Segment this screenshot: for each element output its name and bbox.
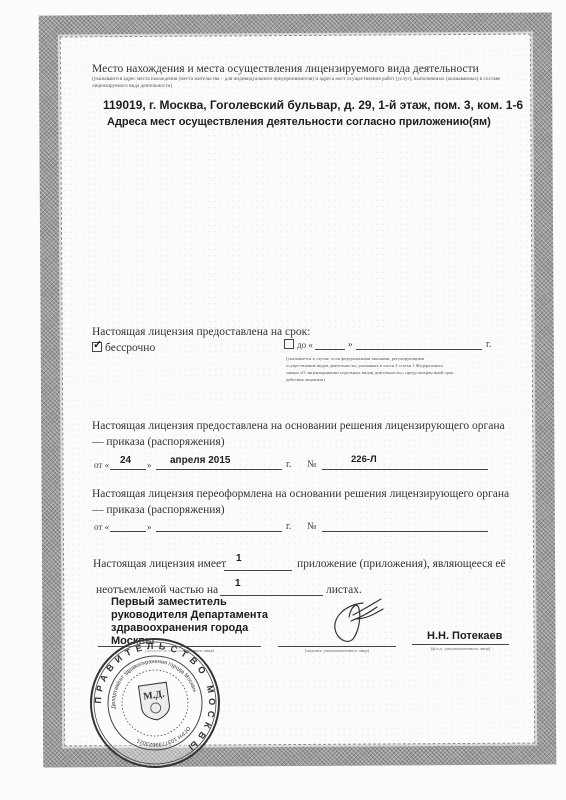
granted-number-line [322, 469, 488, 470]
appendix-count: 1 [236, 553, 242, 564]
appendix-sheets: 1 [235, 578, 241, 589]
reissued-number-field[interactable] [322, 531, 488, 532]
appendix-text-after: приложение (приложения), являющееся её [297, 558, 506, 570]
reissued-text: Настоящая лицензия переоформлена на осно… [92, 486, 512, 518]
granted-month-year: апреля 2015 [170, 455, 230, 466]
reissued-day-field[interactable] [110, 531, 146, 532]
term-indefinite-option[interactable]: бессрочно [92, 342, 155, 354]
indefinite-checkbox[interactable] [92, 342, 102, 352]
granted-quote: » [147, 460, 152, 470]
location-heading-text: Место нахождения и места осуществления л… [92, 63, 479, 75]
granted-day-line [110, 469, 146, 470]
until-checkbox[interactable] [284, 339, 294, 349]
until-day-field[interactable] [315, 349, 345, 350]
position-line: здравоохранения города [111, 622, 268, 635]
reissued-from-label: от « [94, 522, 109, 532]
granted-text: Настоящая лицензия предоставлена на осно… [92, 418, 512, 450]
official-stamp: ПРАВИТЕЛЬСТВО МОСКВЫ Департамент здравоо… [88, 636, 222, 770]
signatory-name: Н.Н. Потекаев [427, 630, 502, 642]
granted-from-label: от « [94, 460, 109, 470]
position-line: руководителя Департамента [111, 609, 268, 622]
granted-number-label: № [307, 459, 317, 470]
until-label: до « [297, 340, 313, 350]
reissued-text-line2: — приказа (распоряжения) [92, 502, 512, 518]
name-caption: (ф.и.о. уполномоченного лица) [412, 646, 509, 651]
granted-year-suffix: г. [286, 459, 291, 470]
until-quote: » [348, 339, 353, 349]
until-note: (указывается в случае, если федеральными… [286, 355, 454, 383]
appendix-text-before: Настоящая лицензия имеет [93, 558, 226, 570]
granted-text-line1: Настоящая лицензия предоставлена на осно… [92, 418, 512, 434]
until-date-field[interactable] [356, 349, 482, 350]
appendix-count-line [224, 570, 292, 571]
appendix-sheets-before: неотъемлемой частью на [96, 584, 218, 596]
reissued-year-suffix: г. [286, 521, 291, 532]
term-until-option[interactable]: до « [284, 339, 313, 350]
reissued-number-label: № [307, 521, 317, 532]
granted-day: 24 [120, 455, 131, 466]
signature-caption: (подпись уполномоченного лица) [278, 648, 396, 653]
name-underline [412, 644, 509, 645]
handwritten-signature [325, 595, 395, 647]
addresses-note: Адреса мест осуществления деятельности с… [107, 116, 491, 128]
term-heading: Настоящая лицензия предоставлена на срок… [92, 326, 310, 338]
indefinite-label: бессрочно [105, 342, 155, 354]
reissued-text-line1: Настоящая лицензия переоформлена на осно… [92, 486, 512, 502]
granted-number: 226-Л [351, 454, 377, 465]
reissued-month-field[interactable] [156, 531, 282, 532]
license-address: 119019, г. Москва, Гоголевский бульвар, … [103, 98, 523, 112]
reissued-quote: » [147, 522, 152, 532]
location-heading-note: (указываются адрес места нахождения (мес… [92, 76, 522, 89]
location-heading: Место нахождения и места осуществления л… [92, 63, 522, 75]
granted-text-line2: — приказа (распоряжения) [92, 434, 512, 450]
until-year-suffix: г. [486, 339, 491, 350]
position-line: Первый заместитель [111, 596, 268, 609]
signature-underline [278, 646, 396, 647]
granted-month-line [156, 469, 282, 470]
